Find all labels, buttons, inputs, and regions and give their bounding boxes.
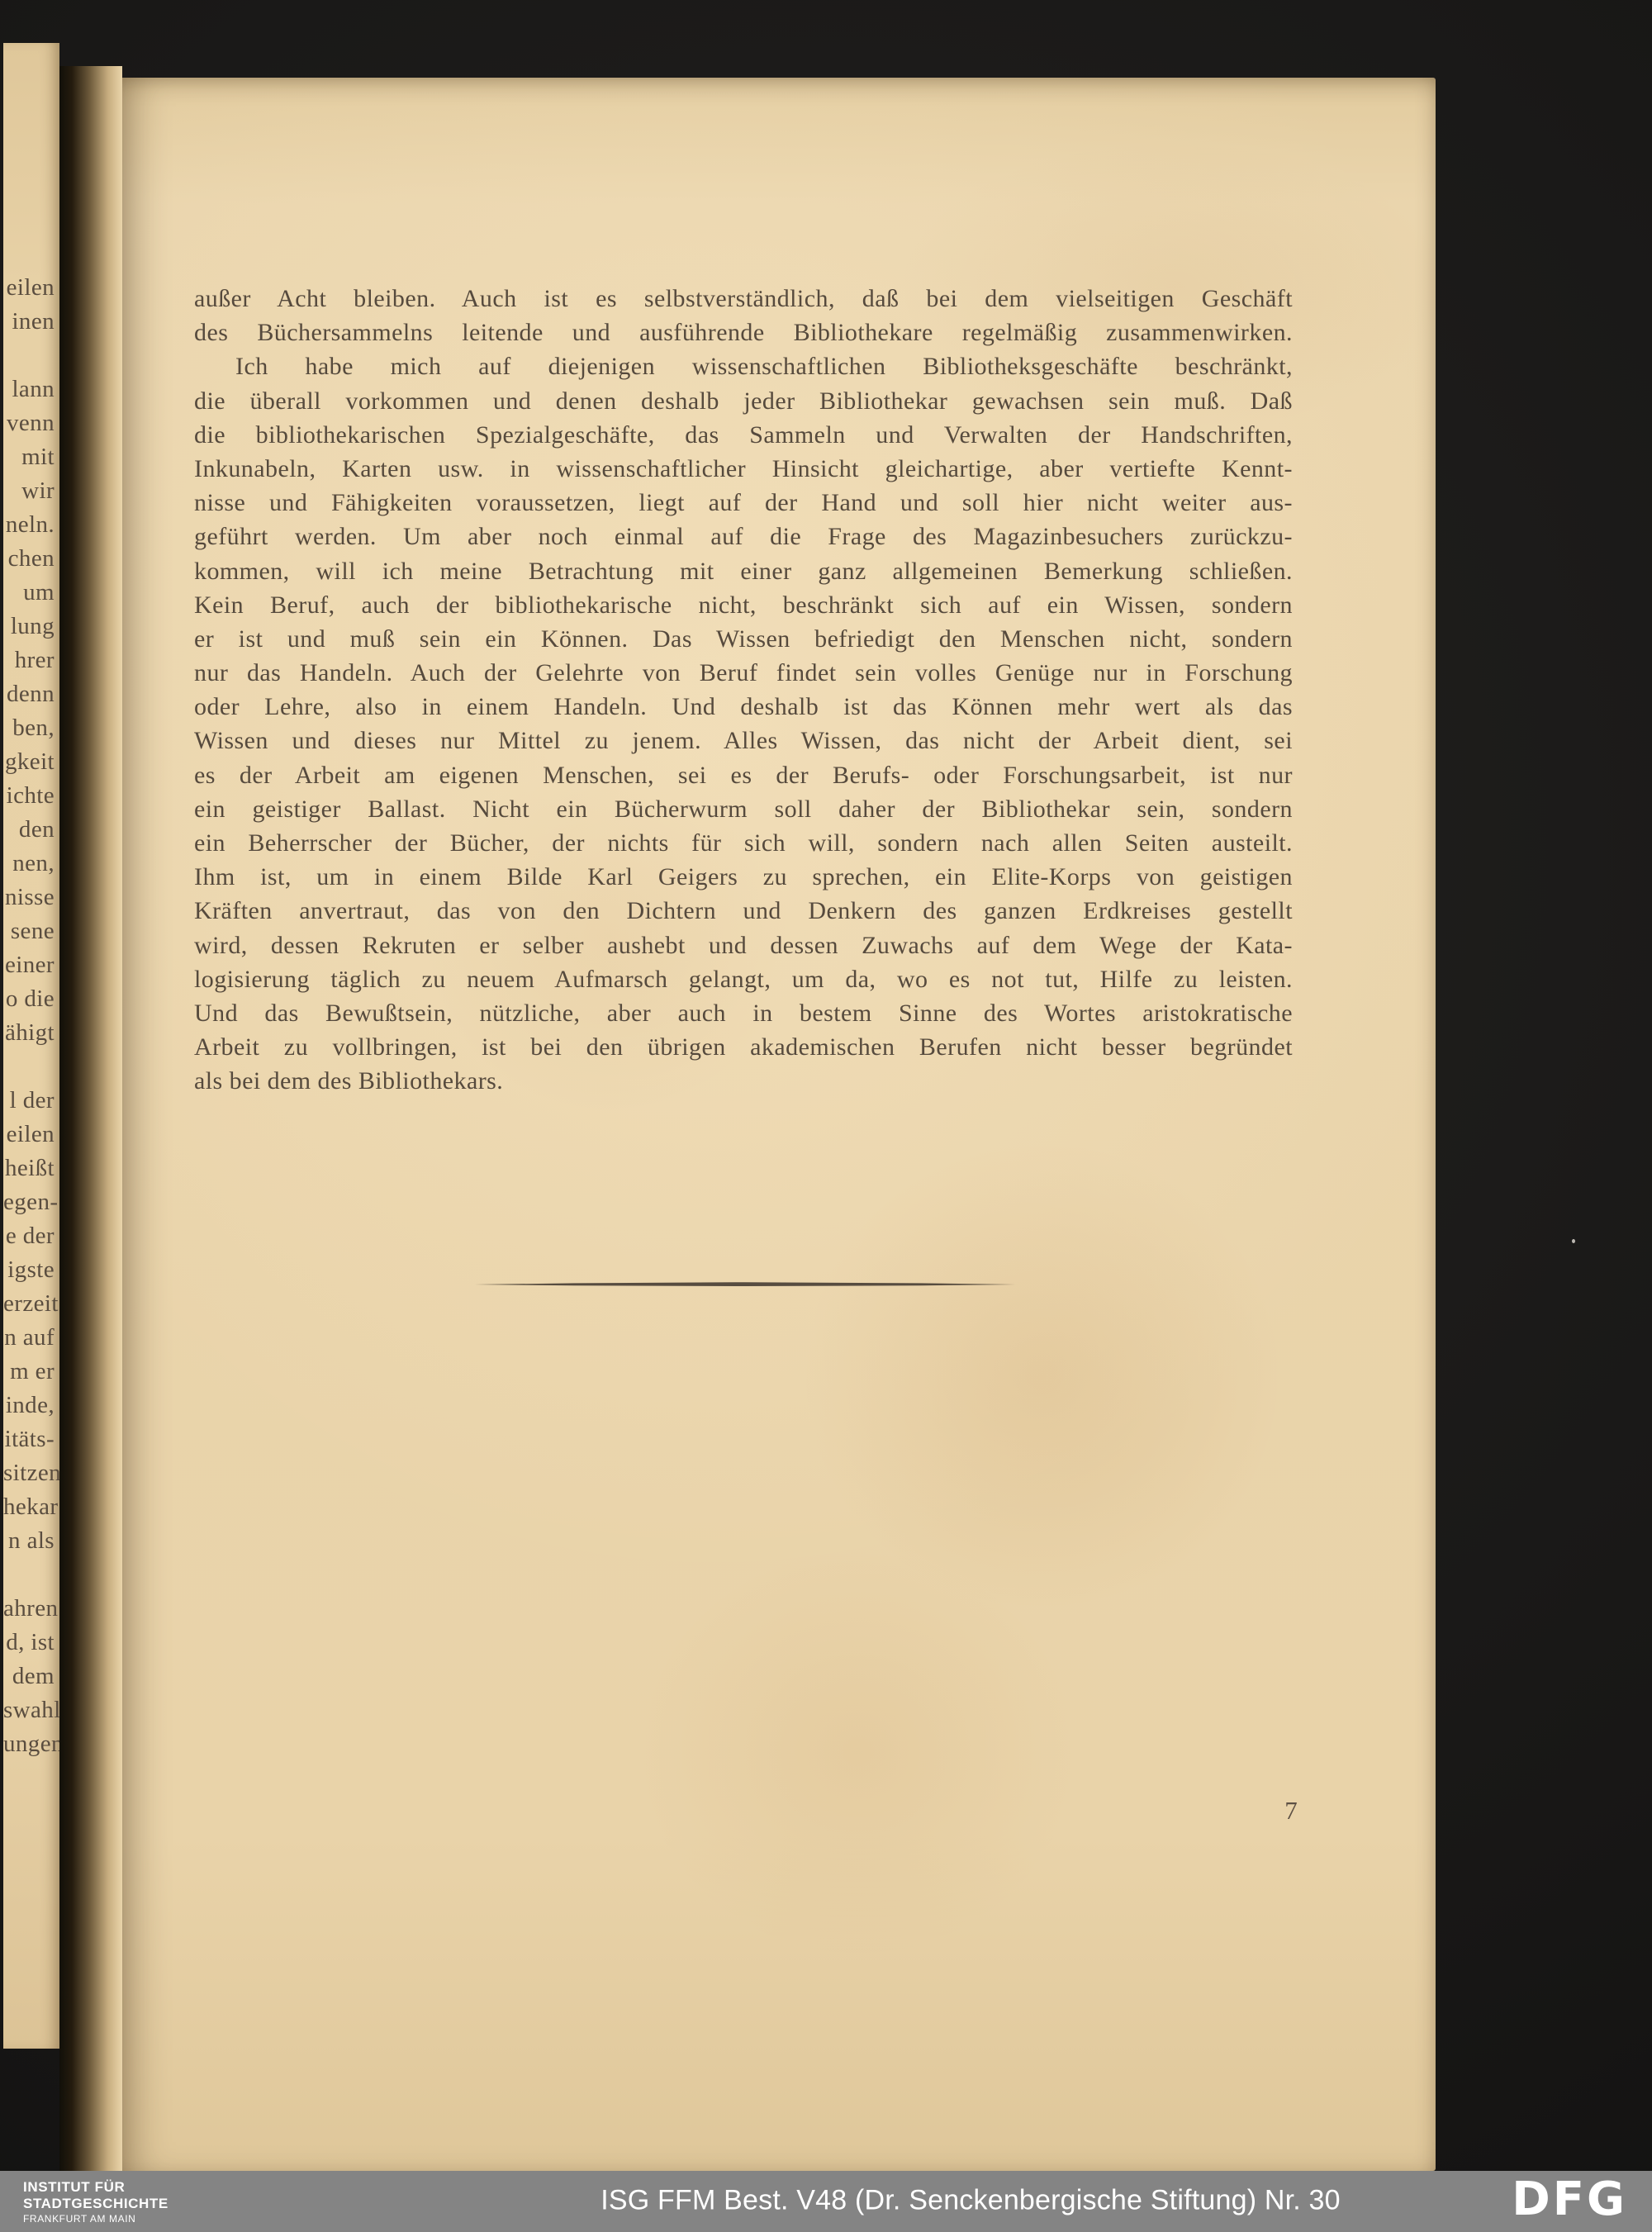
scanned-page: außer Acht bleiben. Auch ist es selbstve…: [122, 78, 1436, 2171]
paragraph-2: Ich habe mich auf diejenigen wissenschaf…: [194, 349, 1293, 1098]
institute-location: FRANKFURT AM MAIN: [23, 2214, 169, 2224]
paragraph-1: außer Acht bleiben. Auch ist es selbstve…: [194, 282, 1293, 349]
scanned-document-viewer: eileninenlannvennmitwirneln.chenumlunghr…: [0, 0, 1652, 2232]
institute-name-line1: INSTITUT FÜR: [23, 2180, 169, 2194]
archival-reference: ISG FFM Best. V48 (Dr. Senckenbergische …: [601, 2185, 1341, 2217]
previous-page-edge: eileninenlannvennmitwirneln.chenumlunghr…: [3, 43, 59, 2049]
institute-wordmark: INSTITUT FÜR STADTGESCHICHTE FRANKFURT A…: [23, 2180, 169, 2224]
section-divider-rule: [475, 1280, 1016, 1289]
archive-footer-bar: INSTITUT FÜR STADTGESCHICHTE FRANKFURT A…: [0, 2171, 1652, 2232]
dust-speck: [1572, 1239, 1575, 1243]
page-text-block: außer Acht bleiben. Auch ist es selbstve…: [194, 282, 1293, 1099]
previous-page-text-fragments: eileninenlannvennmitwirneln.chenumlunghr…: [3, 43, 59, 1761]
book-fold-edge: [59, 66, 122, 2171]
institute-name-line2: STADTGESCHICHTE: [23, 2196, 169, 2211]
page-number: 7: [1266, 1796, 1316, 1826]
dfg-logo: DFG: [1512, 2173, 1627, 2226]
